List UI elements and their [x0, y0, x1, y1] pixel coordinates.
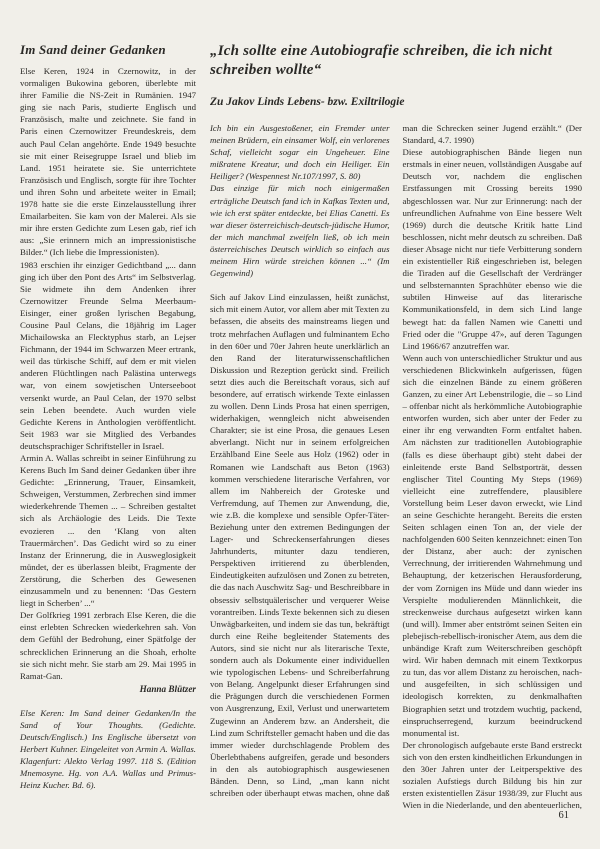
article-lind-subtitle: Zu Jakov Linds Lebens- bzw. Exiltrilogie: [210, 95, 582, 109]
journal-page: Im Sand deiner Gedanken Else Keren, 1924…: [0, 0, 600, 849]
article-keren-title: Im Sand deiner Gedanken: [20, 42, 196, 58]
article-lind: „Ich sollte eine Autobiografie schreiben…: [210, 42, 582, 814]
paragraph: Else Keren, 1924 in Czernowitz, in der v…: [20, 65, 196, 259]
page-columns: Im Sand deiner Gedanken Else Keren, 1924…: [20, 42, 582, 814]
page-number: 61: [559, 810, 570, 821]
paragraph: Das einzige für mich noch einigermaßen e…: [210, 182, 390, 279]
article-lind-body: Ich bin ein Ausgestoßener, ein Fremder u…: [210, 122, 582, 814]
paragraph: Wenn auch von unterschiedlicher Struktur…: [403, 352, 583, 739]
article-keren-bibliography: Else Keren: Im Sand deiner Gedanken/In t…: [20, 707, 196, 792]
paragraph: Diese autobiographischen Bände liegen nu…: [403, 146, 583, 352]
paragraph: Der Golfkrieg 1991 zerbrach Else Keren, …: [20, 609, 196, 682]
article-lind-title: „Ich sollte eine Autobiografie schreiben…: [210, 42, 582, 80]
paragraph: Armin A. Wallas schreibt in seiner Einfü…: [20, 452, 196, 609]
article-keren-byline: Hanna Blützer: [20, 683, 196, 695]
article-keren-body: Else Keren, 1924 in Czernowitz, in der v…: [20, 65, 196, 682]
article-keren: Im Sand deiner Gedanken Else Keren, 1924…: [20, 42, 196, 814]
paragraph: 1983 erschien ihr einziger Gedichtband „…: [20, 259, 196, 453]
paragraph: Ich bin ein Ausgestoßener, ein Fremder u…: [210, 122, 390, 182]
